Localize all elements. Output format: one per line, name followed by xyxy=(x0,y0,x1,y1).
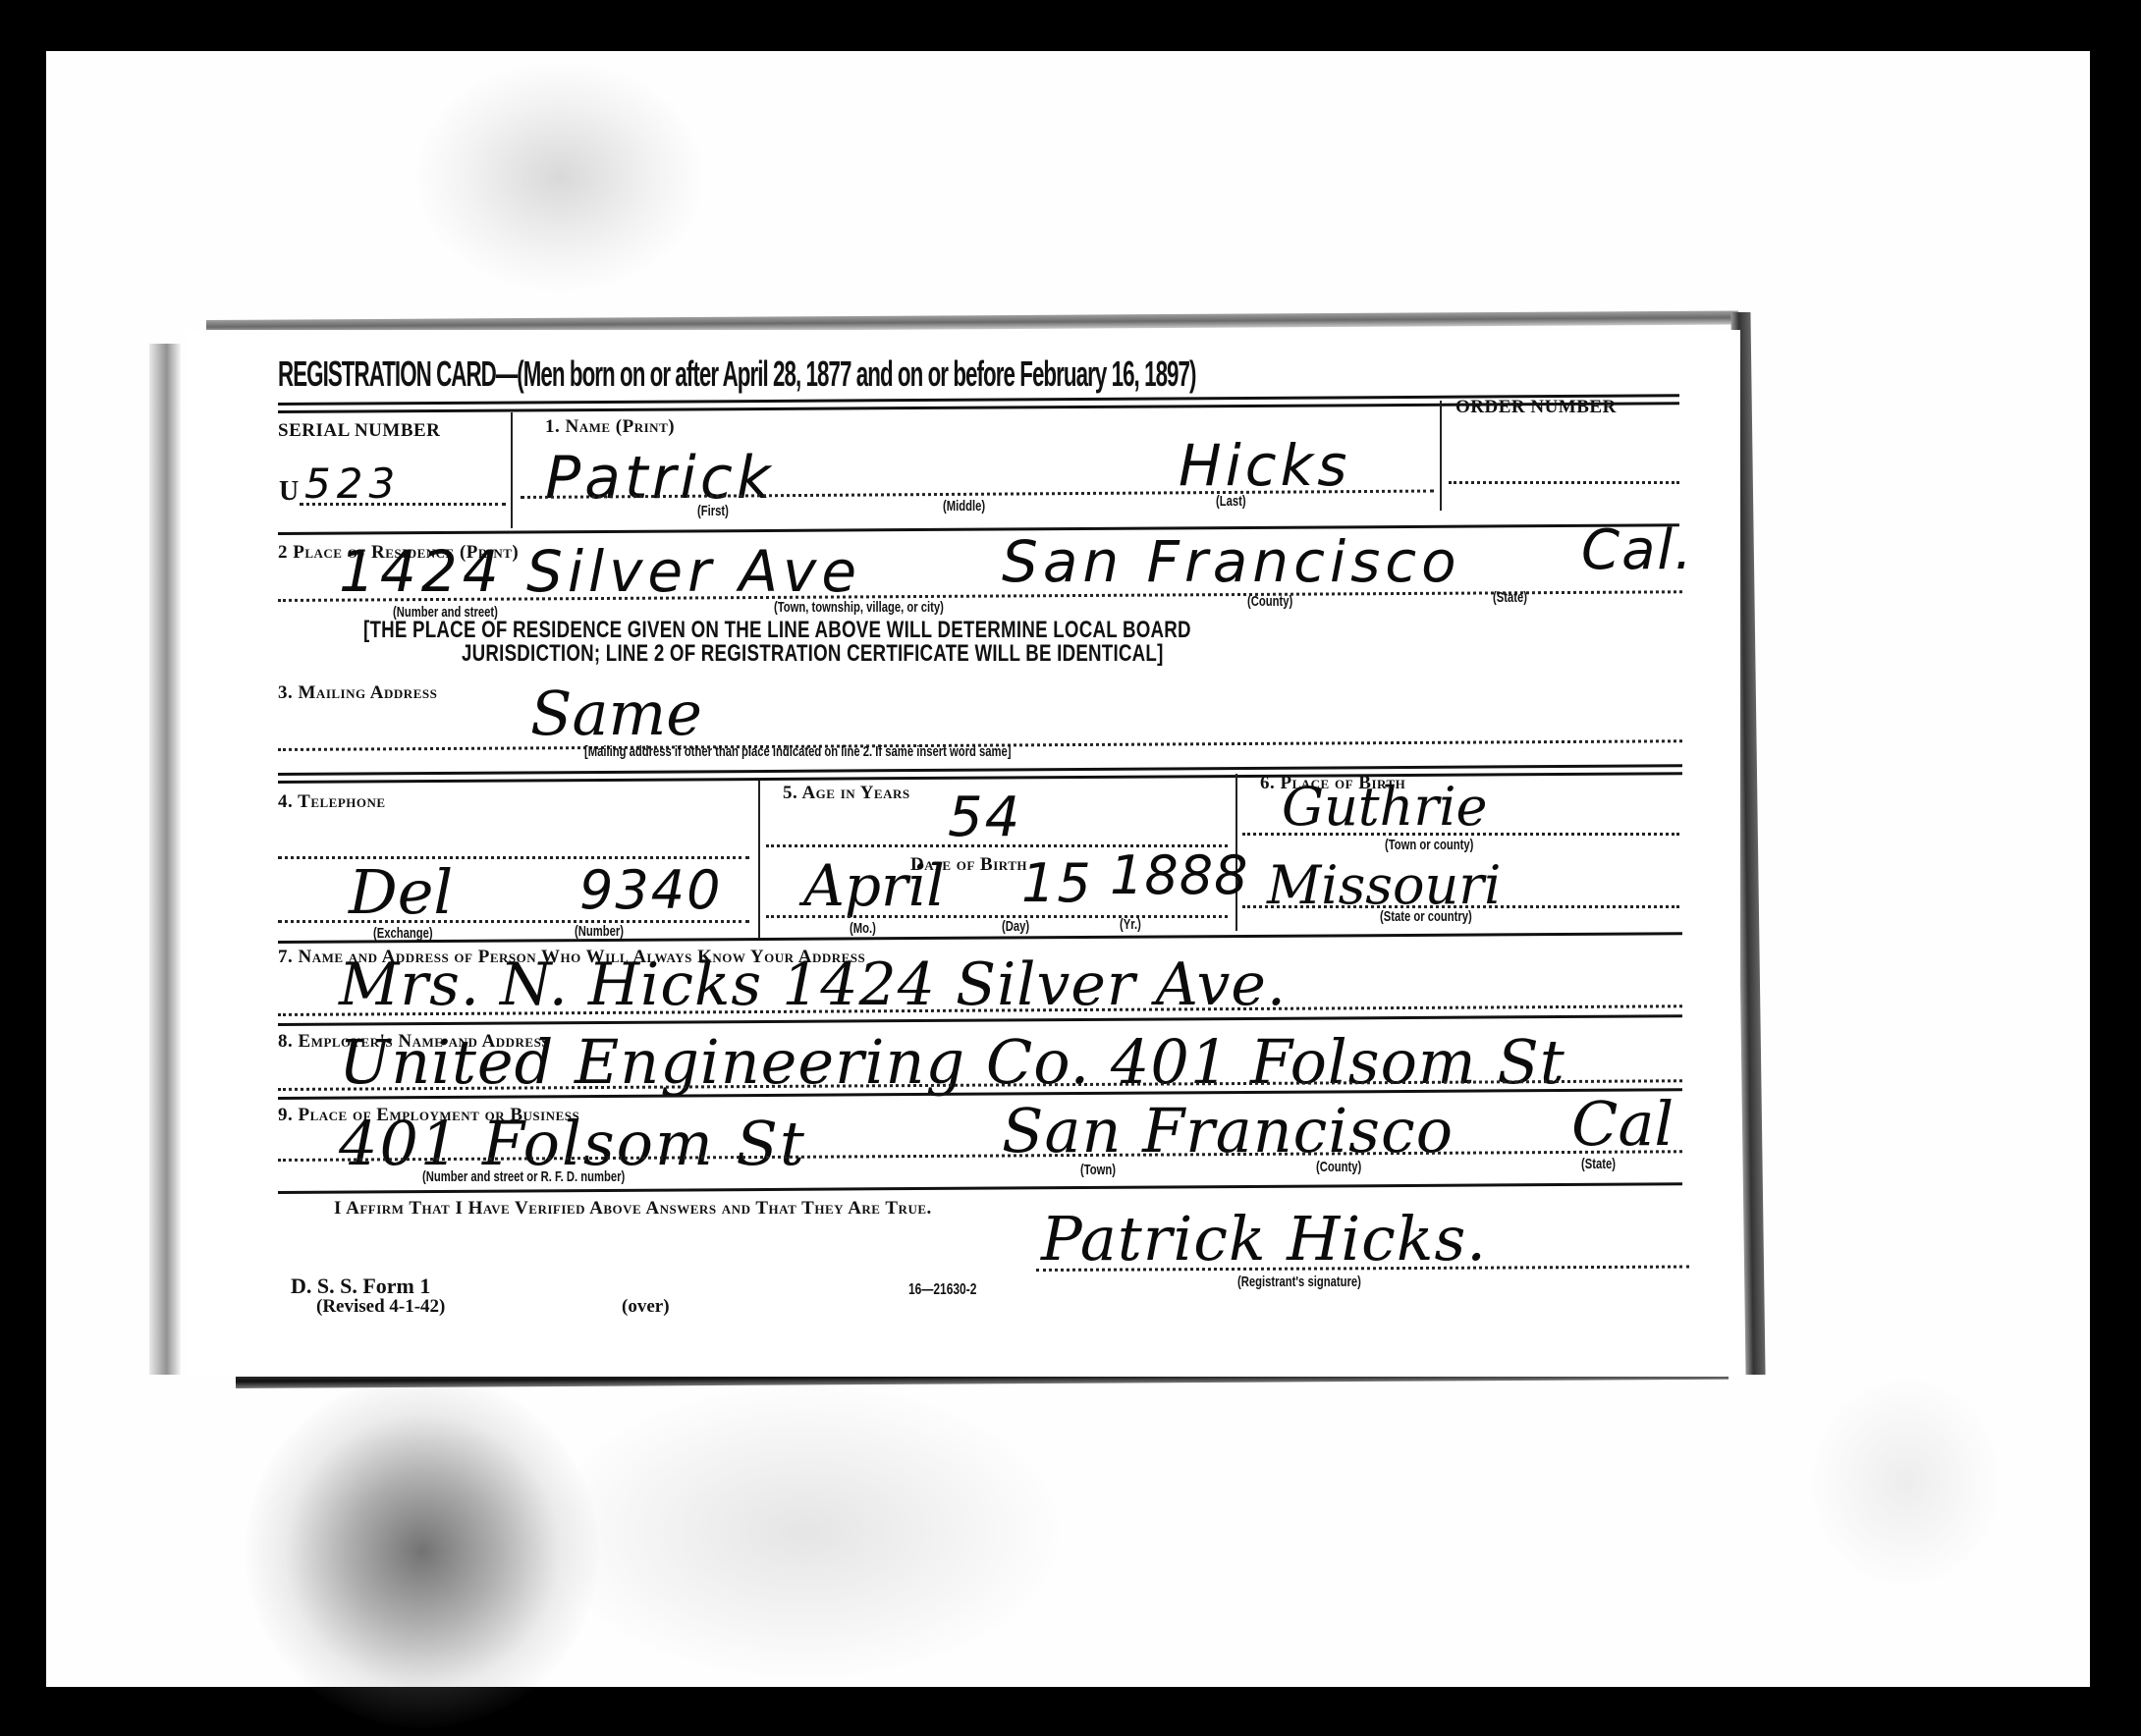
residence-state-value[interactable]: Cal. xyxy=(1581,518,1694,582)
registrant-signature[interactable]: Patrick Hicks. xyxy=(1041,1203,1487,1275)
residence-city-value[interactable]: San Francisco xyxy=(1002,528,1461,595)
birthplace-town-dotted-line xyxy=(1242,833,1679,836)
residence-county-caption: (County) xyxy=(1247,593,1292,610)
serial-number-value[interactable]: 523 xyxy=(304,460,401,508)
birthplace-town-value[interactable]: Guthrie xyxy=(1282,776,1487,838)
telephone-age-divider xyxy=(758,781,760,938)
birth-date-dotted-line xyxy=(766,915,1228,918)
name-first-caption: (First) xyxy=(697,503,729,519)
name-middle-caption: (Middle) xyxy=(943,498,985,515)
residence-state-caption: (State) xyxy=(1493,589,1527,606)
age-value[interactable]: 54 xyxy=(948,786,1021,849)
age-label: 5. Age in Years xyxy=(783,783,910,804)
mailing-address-caption: [Mailing address if other than place ind… xyxy=(584,743,1011,760)
serial-prefix: U xyxy=(279,476,299,508)
birth-day-caption: (Day) xyxy=(1002,918,1029,935)
telephone-exchange-value[interactable]: Del xyxy=(349,856,453,928)
affirmation-text: I Affirm That I Have Verified Above Answ… xyxy=(334,1198,932,1220)
order-divider xyxy=(1440,401,1442,511)
signature-caption: (Registrant's signature) xyxy=(1237,1274,1361,1290)
employment-county-caption: (County) xyxy=(1316,1159,1361,1175)
birth-year-value[interactable]: 1888 xyxy=(1110,844,1248,906)
name-first-value[interactable]: Patrick xyxy=(545,444,775,513)
mailing-address-label: 3. Mailing Address xyxy=(278,682,437,704)
employment-state-value[interactable]: Cal xyxy=(1571,1088,1674,1160)
card-title: REGISTRATION CARD—(Men born on or after … xyxy=(278,353,1196,395)
residence-street-value[interactable]: 1424 Silver Ave xyxy=(339,538,861,605)
employment-street-caption: (Number and street or R. F. D. number) xyxy=(422,1168,625,1185)
over-note: (over) xyxy=(622,1296,670,1318)
name-label: 1. Name (Print) xyxy=(545,416,675,438)
notice-line-2: JURISDICTION; LINE 2 OF REGISTRATION CER… xyxy=(462,640,1164,668)
birth-month-caption: (Mo.) xyxy=(850,920,876,937)
order-number-dotted-line xyxy=(1449,481,1679,484)
serial-divider xyxy=(511,412,513,528)
name-last-caption: (Last) xyxy=(1216,493,1246,510)
residence-city-caption: (Town, township, village, or city) xyxy=(774,599,944,616)
card-edge-left xyxy=(149,344,181,1375)
serial-dotted-line xyxy=(300,503,506,506)
mailing-address-value[interactable]: Same xyxy=(530,678,702,749)
employment-town-caption: (Town) xyxy=(1080,1162,1116,1178)
form-revised: (Revised 4-1-42) xyxy=(316,1296,445,1318)
name-last-value[interactable]: Hicks xyxy=(1179,432,1350,499)
birthplace-state-caption: (State or country) xyxy=(1380,908,1472,925)
registration-card xyxy=(187,330,1740,1377)
birth-day-value[interactable]: 15 xyxy=(1021,852,1093,914)
birth-year-caption: (Yr.) xyxy=(1120,916,1141,933)
birthplace-town-caption: (Town or county) xyxy=(1385,837,1473,853)
telephone-number-value[interactable]: 9340 xyxy=(579,859,722,921)
telephone-dotted-line xyxy=(278,920,749,923)
telephone-label: 4. Telephone xyxy=(278,791,386,813)
birth-month-value[interactable]: April xyxy=(803,852,945,919)
employment-state-caption: (State) xyxy=(1581,1156,1616,1172)
serial-number-label: SERIAL NUMBER xyxy=(278,420,440,442)
order-number-label: ORDER NUMBER xyxy=(1455,397,1617,418)
telephone-number-caption: (Number) xyxy=(575,923,624,940)
print-code: 16—21630-2 xyxy=(908,1281,976,1299)
